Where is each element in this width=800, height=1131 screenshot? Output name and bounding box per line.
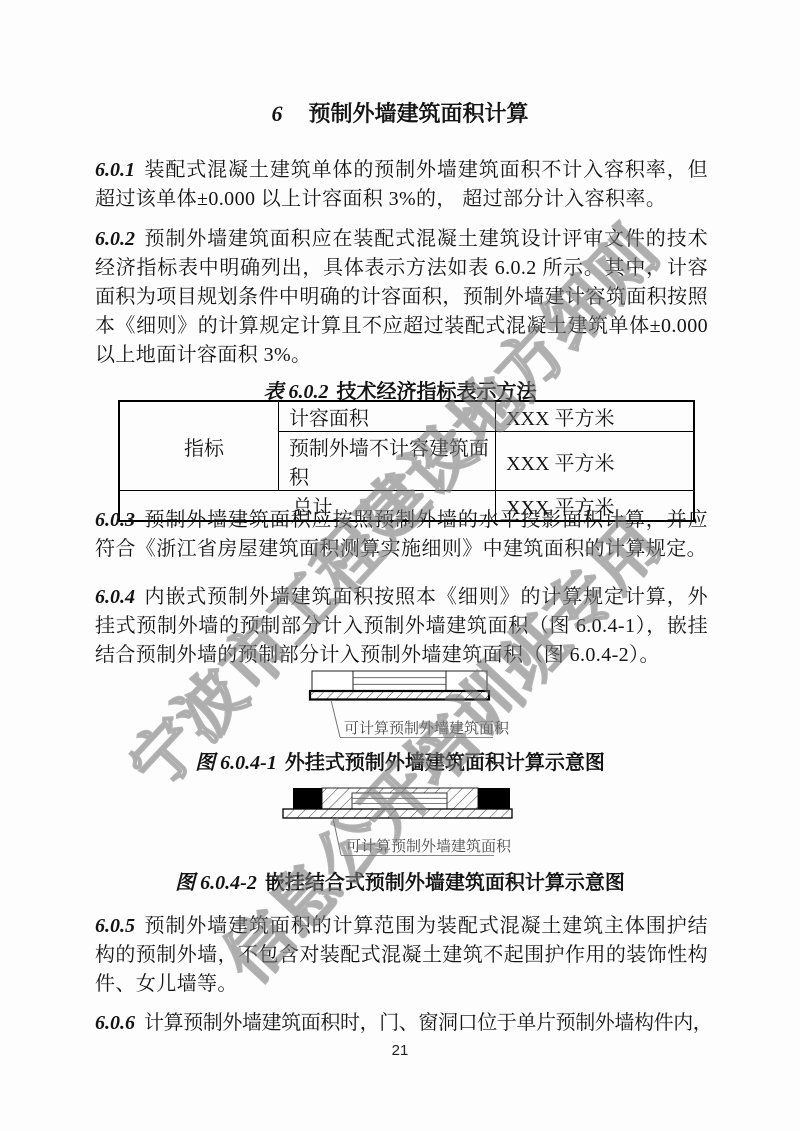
section-number: 6.0.5 (95, 915, 135, 937)
indicator-table: 指标 计容面积 XXX 平方米 预制外墙不计容建筑面积 XXX 平方米 总计 X… (118, 400, 695, 522)
figure-2-caption-text: 嵌挂结合式预制外墙建筑面积计算示意图 (265, 872, 625, 894)
section-number: 6.0.6 (95, 1012, 135, 1034)
page-number: 21 (0, 1042, 800, 1059)
section-6-0-3: 6.0.3预制外墙建筑面积应按照预制外墙的水平投影面积计算，并应符合《浙江省房屋… (95, 506, 708, 564)
section-text: 预制外墙建筑面积应在装配式混凝土建筑设计评审文件的技术经济指标表中明确列出，具体… (95, 228, 708, 366)
section-number: 6.0.4 (95, 586, 135, 608)
table-cell-value: XXX 平方米 (496, 432, 694, 491)
figure-annotation: 可计算预制外墙建筑面积 (346, 837, 512, 855)
document-page: 宁波市工程建设地方细则 信息公开培训班专用 6预制外墙建筑面积计算 6.0.1装… (0, 0, 800, 1131)
section-6-0-1: 6.0.1装配式混凝土建筑单体的预制外墙建筑面积不计入容积率，但超过该单体±0.… (95, 156, 708, 214)
figure-6-0-4-2-diagram: 可计算预制外墙建筑面积 (275, 783, 525, 863)
section-6-0-4: 6.0.4内嵌式预制外墙建筑面积按照本《细则》的计算规定计算，外挂式预制外墙的预… (95, 583, 708, 670)
table-cell-label: 预制外墙不计容建筑面积 (278, 432, 495, 491)
section-6-0-5: 6.0.5预制外墙建筑面积的计算范围为装配式混凝土建筑主体围护结构的预制外墙，不… (95, 912, 708, 999)
figure-6-0-4-1-diagram: 可计算预制外墙建筑面积 (280, 666, 520, 744)
section-text: 预制外墙建筑面积应按照预制外墙的水平投影面积计算，并应符合《浙江省房屋建筑面积测… (95, 509, 708, 560)
table-cell-value: XXX 平方米 (496, 401, 694, 432)
figure-1-caption-text: 外挂式预制外墙建筑面积计算示意图 (285, 752, 605, 774)
cast-in-situ-block-right (478, 788, 510, 809)
section-6-0-6: 6.0.6计算预制外墙建筑面积时，门、窗洞口位于单片预制外墙构件内， (95, 1009, 708, 1038)
leader-line (333, 818, 341, 855)
leader-line (331, 700, 340, 737)
wall-section-outline (312, 671, 487, 691)
precast-hatched-strip (283, 809, 512, 818)
precast-hatched-strip (310, 691, 489, 700)
figure-annotation: 可计算预制外墙建筑面积 (344, 719, 510, 737)
section-text: 计算预制外墙建筑面积时，门、窗洞口位于单片预制外墙构件内， (144, 1012, 712, 1034)
section-number: 6.0.2 (95, 228, 135, 250)
section-6-0-2: 6.0.2预制外墙建筑面积应在装配式混凝土建筑设计评审文件的技术经济指标表中明确… (95, 225, 708, 370)
section-number: 6.0.1 (95, 159, 135, 181)
inner-panel (352, 793, 447, 809)
figure-1-caption: 图 6.0.4-1外挂式预制外墙建筑面积计算示意图 (0, 746, 800, 775)
chapter-number: 6 (271, 101, 282, 126)
table-row: 指标 计容面积 XXX 平方米 (119, 401, 694, 432)
section-number: 6.0.3 (95, 509, 135, 531)
figure-2-caption: 图 6.0.4-2嵌挂结合式预制外墙建筑面积计算示意图 (0, 866, 800, 895)
cast-in-situ-block-left (293, 788, 322, 809)
chapter-title-text: 预制外墙建筑面积计算 (308, 101, 528, 126)
table-cell-label: 计容面积 (278, 401, 495, 432)
section-text: 预制外墙建筑面积的计算范围为装配式混凝土建筑主体围护结构的预制外墙，不包含对装配… (95, 915, 708, 995)
section-text: 内嵌式预制外墙建筑面积按照本《细则》的计算规定计算，外挂式预制外墙的预制部分计入… (95, 586, 708, 666)
figure-2-caption-number: 图 6.0.4-2 (175, 872, 257, 894)
section-text: 装配式混凝土建筑单体的预制外墙建筑面积不计入容积率，但超过该单体±0.000 以… (95, 159, 708, 210)
table-cell-indicator: 指标 (119, 401, 278, 491)
figure-1-caption-number: 图 6.0.4-1 (195, 752, 277, 774)
chapter-title: 6预制外墙建筑面积计算 (0, 97, 800, 128)
